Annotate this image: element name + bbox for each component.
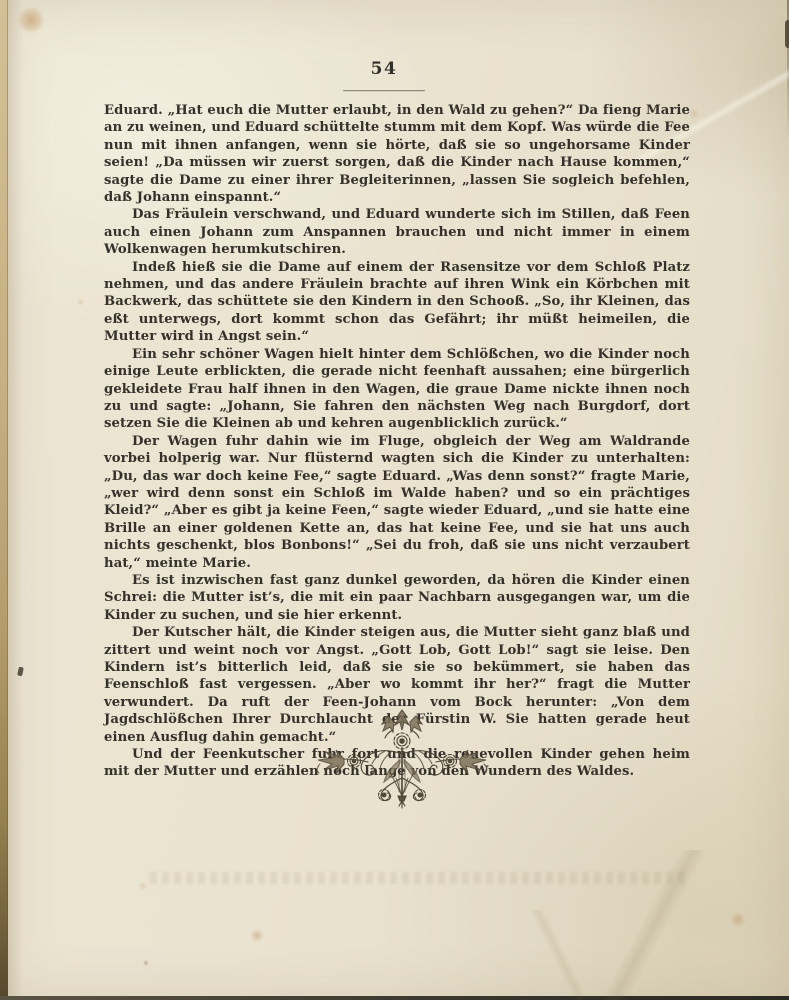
page-number: 54 (0, 59, 768, 79)
paragraph: Es ist inzwischen fast ganz dunkel gewor… (104, 572, 690, 624)
paragraph: Der Wagen fuhr dahin wie im Fluge, obgle… (104, 433, 690, 572)
foxing-spot (143, 960, 149, 966)
paragraph: Eduard. „Hat euch die Mutter erlaubt, in… (104, 102, 690, 206)
foxing-spot (138, 882, 148, 890)
paragraph: Ein sehr schöner Wagen hielt hinter dem … (104, 346, 690, 433)
paragraph: Das Fräulein verschwand, und Eduard wund… (104, 206, 690, 258)
text-block: Eduard. „Hat euch die Mutter erlaubt, in… (104, 102, 690, 781)
page-number-rule (343, 90, 425, 91)
foxing-spot (17, 7, 45, 33)
floral-ornament-icon (312, 708, 492, 810)
foxing-spot (76, 298, 85, 306)
book-page: 54 Eduard. „Hat euch die Mutter erlaubt,… (0, 0, 789, 1000)
paper-crease (449, 910, 669, 1000)
binding-edge (0, 0, 8, 1000)
binding-shadow (7, 0, 23, 1000)
page-right-edge-mark (785, 20, 789, 48)
foxing-spot (729, 912, 747, 927)
text-show-through (150, 872, 690, 884)
paragraph: Indeß hieß sie die Dame auf einem der Ra… (104, 259, 690, 346)
foxing-spot (249, 929, 265, 942)
